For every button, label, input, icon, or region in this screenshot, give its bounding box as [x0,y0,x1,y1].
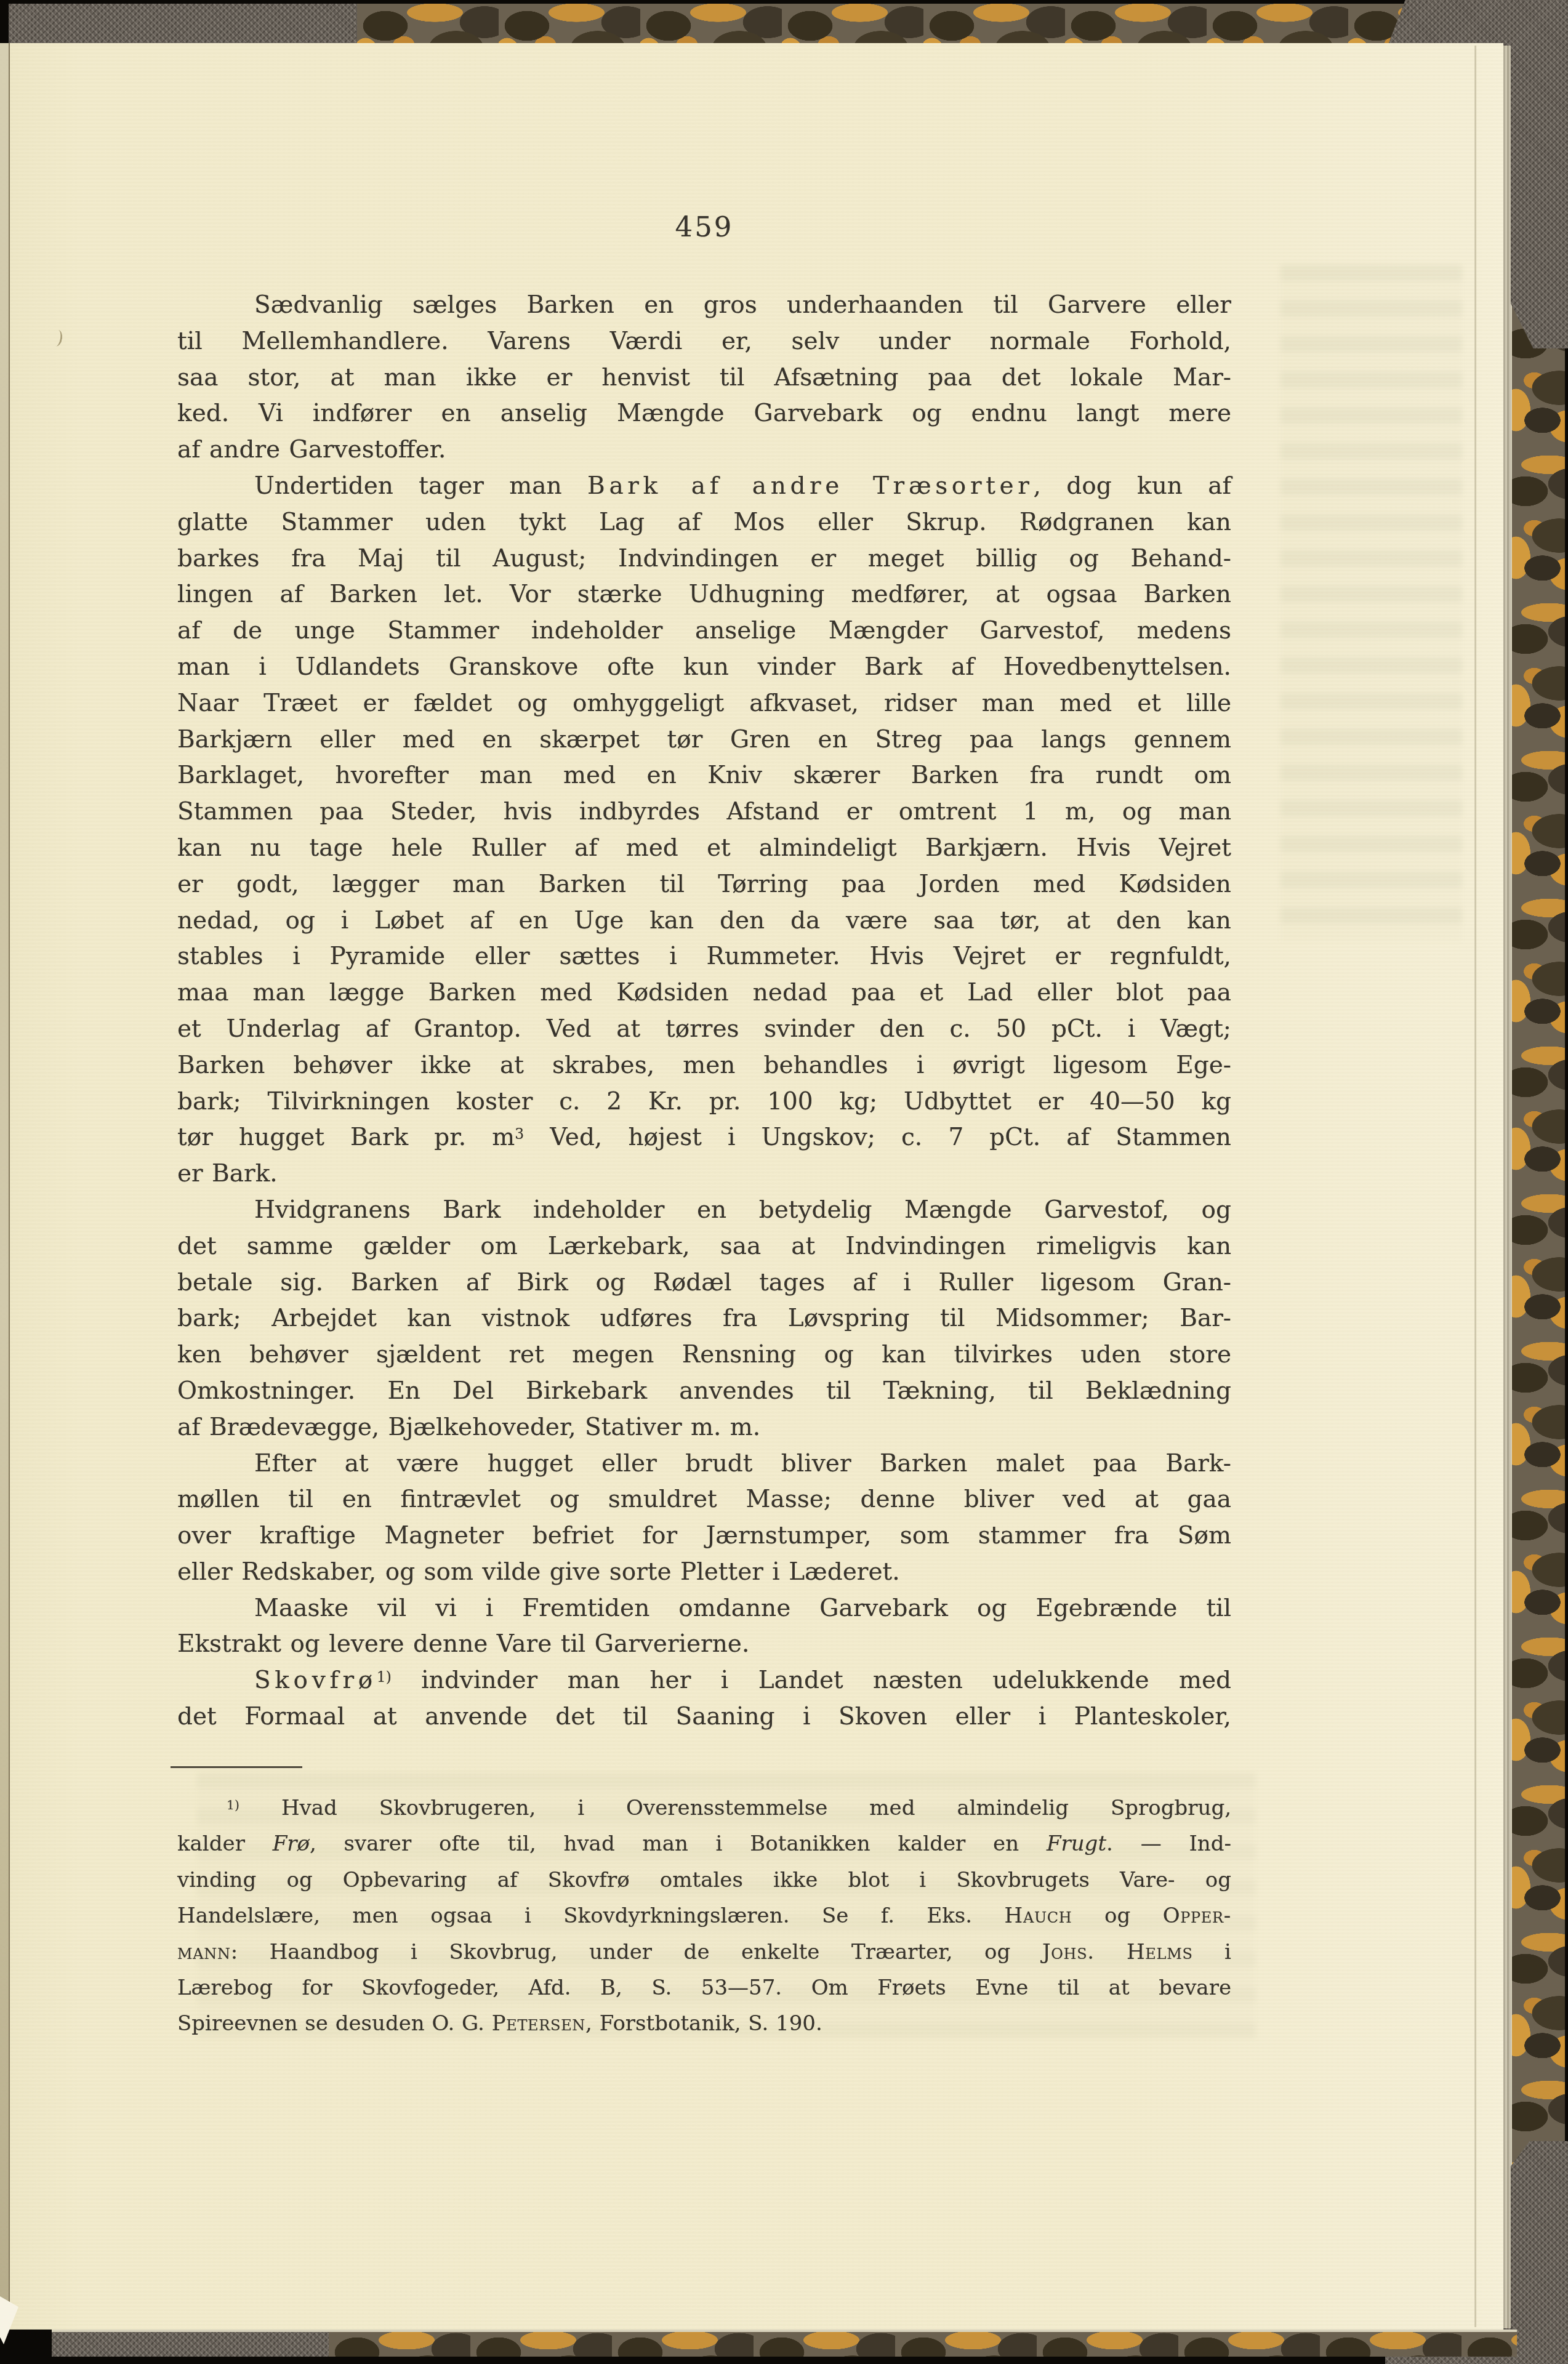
text-line: Undertiden tager man Bark af andre Træso… [177,468,1231,505]
book-scan: { "colors": { "page_bg": "#f3ecce", "ink… [0,0,1568,2364]
footnote: 1) Hvad Skovbrugeren, i Overensstemmelse… [177,1790,1231,2042]
text-line: Efter at være hugget eller brudt bliver … [177,1446,1231,1482]
text-line: det samme gælder om Lærkebark, saa at In… [177,1229,1231,1265]
text-line: Sædvanlig sælges Barken en gros underhaa… [177,287,1231,324]
cover-cloth-bottom-left [52,2332,329,2357]
text-line: Lærebog for Skovfogeder, Afd. B, S. 53—5… [177,1970,1231,2006]
text-line: af andre Garvestoffer. [177,432,1231,468]
text-line: kan nu tage hele Ruller af med et almind… [177,830,1231,867]
cover-marble-paper-bottom [329,2332,1517,2357]
text-line: maa man lægge Barken med Kødsiden nedad … [177,975,1231,1011]
text-line: saa stor, at man ikke er henvist til Afs… [177,360,1231,396]
text-line: vinding og Opbevaring af Skovfrø omtales… [177,1862,1231,1898]
text-line: lingen af Barken let. Vor stærke Udhugni… [177,577,1231,613]
body-text: Sædvanlig sælges Barken en gros underhaa… [177,287,1231,1735]
text-line: man i Udlandets Granskove ofte kun vinde… [177,649,1231,686]
text-line: til Mellemhandlere. Varens Værdi er, sel… [177,324,1231,360]
text-line: ked. Vi indfører en anselig Mængde Garve… [177,396,1231,432]
footnote-rule [171,1766,302,1768]
text-line: møllen til en fintrævlet og smuldret Mas… [177,1482,1231,1518]
text-line: 1) Hvad Skovbrugeren, i Overensstemmelse… [177,1790,1231,1826]
text-line: Barken behøver ikke at skrabes, men beha… [177,1048,1231,1084]
page-number: 459 [177,211,1231,243]
text-line: Handelslære, men ogsaa i Skovdyrkningslæ… [177,1898,1231,1934]
gutter-paper-strip [0,43,10,2316]
book-cover-bottom [52,2330,1517,2357]
text-line: kalder Frø, svarer ofte til, hvad man i … [177,1826,1231,1862]
cover-cloth-spine-edge [9,4,357,43]
text-line: Stammen paa Steder, hvis indbyrdes Afsta… [177,794,1231,830]
text-line: Barklaget, hvorefter man med en Kniv skæ… [177,758,1231,794]
text-line: betale sig. Barken af Birk og Rødæl tage… [177,1265,1231,1301]
text-line: er godt, lægger man Barken til Tørring p… [177,867,1231,903]
text-line: Hvidgranens Bark indeholder en betydelig… [177,1192,1231,1229]
text-line: af Brædevægge, Bjælkehoveder, Stativer m… [177,1410,1231,1446]
text-line: Skovfrø1) indvinder man her i Landet næs… [177,1663,1231,1699]
text-line: bark; Arbejdet kan vistnok udføres fra L… [177,1301,1231,1337]
text-line: et Underlag af Grantop. Ved at tørres sv… [177,1011,1231,1048]
book-cover-right [1510,4,1565,2350]
text-line: Naar Træet er fældet og omhyggeligt afkv… [177,686,1231,722]
text-line: tør hugget Bark pr. m3 Ved, højest i Ung… [177,1120,1231,1156]
page-crease [1474,46,1476,2327]
cover-marble-paper-top [357,4,1562,43]
text-line: bark; Tilvirkningen koster c. 2 Kr. pr. … [177,1084,1231,1120]
text-line: ken behøver sjældent ret megen Rensning … [177,1337,1231,1373]
text-line: Spireevnen se desuden O. G. Petersen, Fo… [177,2006,1231,2041]
text-line: barkes fra Maj til August; Indvindingen … [177,541,1231,577]
text-line: mann: Haandbog i Skovbrug, under de enke… [177,1934,1231,1970]
text-line: er Bark. [177,1156,1231,1192]
text-line: stables i Pyramide eller sættes i Rummet… [177,939,1231,975]
text-line: af de unge Stammer indeholder anselige M… [177,613,1231,649]
text-line: nedad, og i Løbet af en Uge kan den da v… [177,903,1231,939]
text-line: det Formaal at anvende det til Saaning i… [177,1699,1231,1735]
book-cover-top [9,4,1562,46]
text-line: Ekstrakt og levere denne Vare til Garver… [177,1626,1231,1663]
text-line: glatte Stammer uden tykt Lag af Mos elle… [177,505,1231,541]
text-line: Omkostninger. En Del Birkebark anvendes … [177,1373,1231,1410]
page-fore-edge-stack [1503,46,1511,2328]
text-line: Barkjærn eller med en skærpet tør Gren e… [177,722,1231,758]
text-line: over kraftige Magneter befriet for Jærns… [177,1518,1231,1554]
text-line: eller Redskaber, og som vilde give sorte… [177,1554,1231,1591]
text-line: Maaske vil vi i Fremtiden omdanne Garveb… [177,1591,1231,1627]
